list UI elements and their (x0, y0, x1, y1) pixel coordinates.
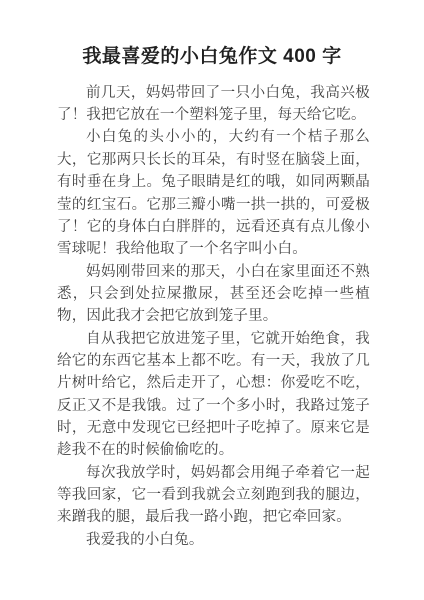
essay-paragraph: 自从我把它放进笼子里，它就开始绝食，我给它的东西它基本上都不吃。有一天，我放了几… (57, 328, 370, 462)
essay-content: 前几天，妈妈带回了一只小白兔，我高兴极了！我把它放在一个塑料笼子里，每天给它吃。… (57, 82, 370, 551)
essay-paragraph: 小白兔的头小小的，大约有一个桔子那么大，它那两只长长的耳朵，有时竖在脑袋上面，有… (57, 126, 370, 260)
document-page: 我最喜爱的小白兔作文 400 字 前几天，妈妈带回了一只小白兔，我高兴极了！我把… (0, 0, 424, 600)
essay-paragraph: 每次我放学时，妈妈都会用绳子牵着它一起等我回家，它一看到我就会立刻跑到我的腿边，… (57, 462, 370, 529)
essay-paragraph: 前几天，妈妈带回了一只小白兔，我高兴极了！我把它放在一个塑料笼子里，每天给它吃。 (57, 82, 370, 127)
essay-paragraph: 我爱我的小白兔。 (57, 529, 370, 551)
essay-paragraph: 妈妈刚带回来的那天，小白在家里面还不熟悉，只会到处拉屎撒尿，甚至还会吃掉一些植物… (57, 261, 370, 328)
essay-title: 我最喜爱的小白兔作文 400 字 (0, 0, 424, 82)
